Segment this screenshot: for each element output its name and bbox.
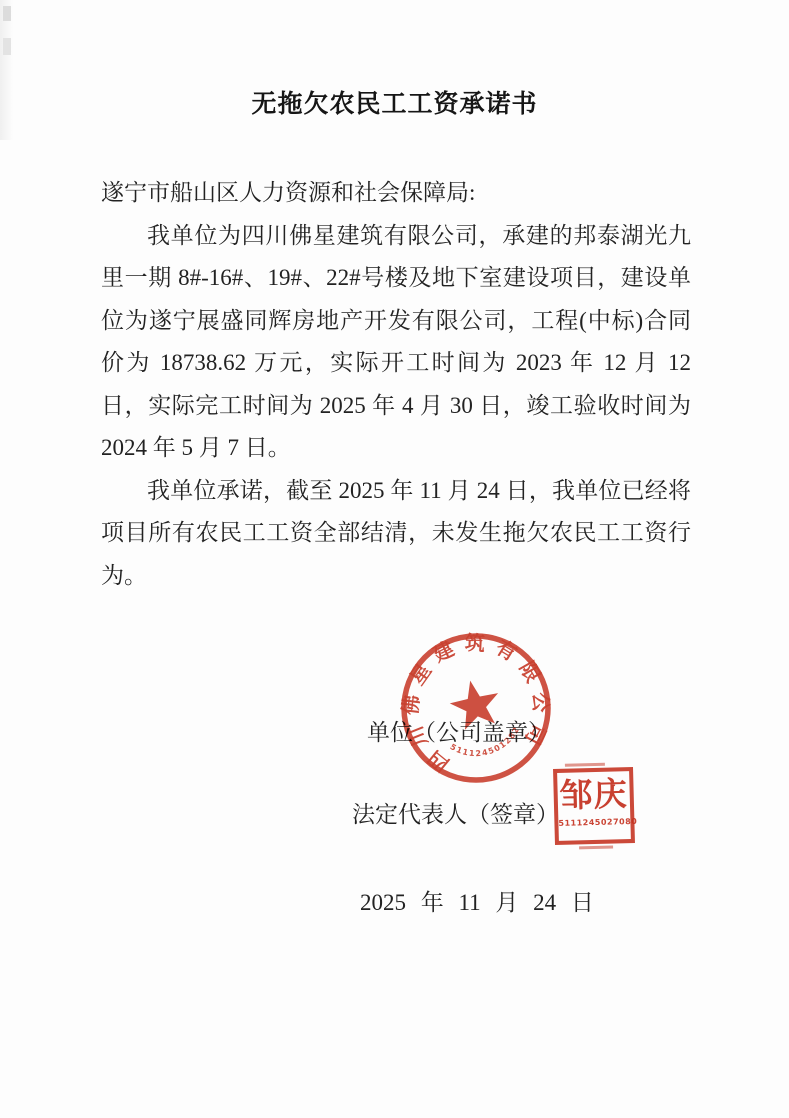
scan-artifact-mark (3, 6, 11, 21)
signature-date: 2025 年 11 月 24 日 (360, 884, 594, 917)
seal-person-number: 5111245027080 (558, 817, 630, 828)
scan-artifact-mark (3, 38, 11, 55)
body-paragraph: 我单位承诺，截至 2025 年 11 月 24 日，我单位已经将项目所有农民工工… (101, 470, 691, 598)
legal-rep-square-seal: 邹庆 5111245027080 (553, 767, 635, 845)
document-page: 无拖欠农民工工资承诺书 遂宁市船山区人力资源和社会保障局: 我单位为四川佛星建筑… (0, 0, 789, 1118)
company-round-seal: 四川佛星建筑有限公司 5111245012825 (381, 613, 571, 803)
document-body: 遂宁市船山区人力资源和社会保障局: 我单位为四川佛星建筑有限公司，承建的邦泰湖光… (101, 172, 691, 597)
legal-representative-label: 法定代表人（签章） (352, 796, 559, 829)
salutation-line: 遂宁市船山区人力资源和社会保障局: (101, 172, 691, 215)
page-title: 无拖欠农民工工资承诺书 (0, 84, 789, 120)
seal-star-icon (446, 675, 504, 731)
body-paragraph: 我单位为四川佛星建筑有限公司，承建的邦泰湖光九里一期 8#-16#、19#、22… (101, 215, 691, 470)
seal-person-name: 邹庆 (557, 772, 630, 818)
